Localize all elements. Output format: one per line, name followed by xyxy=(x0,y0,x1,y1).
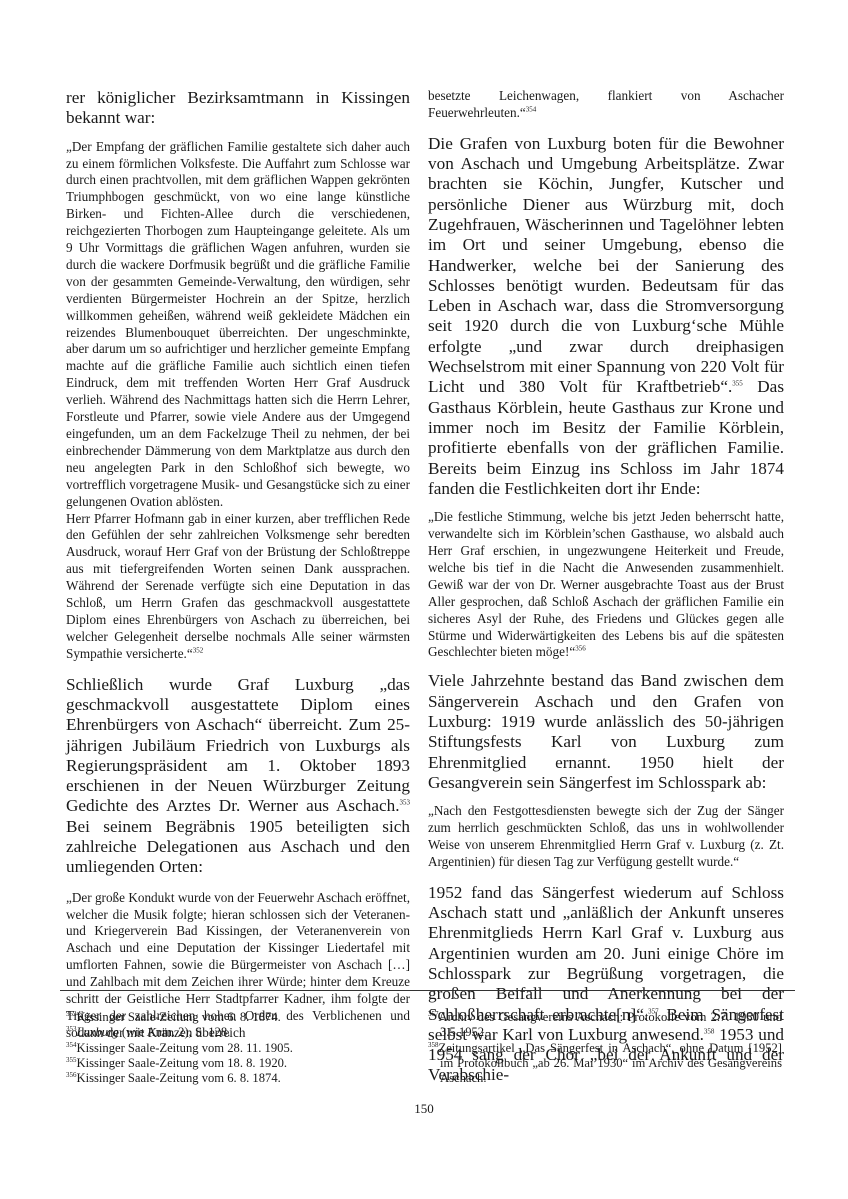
footnote-ref[interactable]: 353 xyxy=(400,799,411,807)
footnote-355: 355Kissinger Saale-Zeitung vom 18. 8. 19… xyxy=(66,1056,406,1071)
footnote-number: 357 xyxy=(428,1010,439,1018)
body-text: Die Grafen von Luxburg boten für die Bew… xyxy=(428,134,784,397)
body-text: Schließlich wurde Graf Luxburg „das gesc… xyxy=(66,675,410,816)
footnote-354: 354Kissinger Saale-Zeitung vom 28. 11. 1… xyxy=(66,1041,406,1056)
footnote-text: (wie Anm. 2), S. 128. xyxy=(119,1025,231,1039)
block-quote-festivities: „Die festliche Stimmung, welche bis jetz… xyxy=(428,509,784,661)
block-quote-saengerfest: „Nach den Festgottesdiensten bewegte sic… xyxy=(428,803,784,871)
intro-paragraph: rer königlicher Bezirksamtmann in Kissin… xyxy=(66,88,410,129)
quote-text: Herr Pfarrer Hofmann gab in einer kurzen… xyxy=(66,511,410,661)
footnote-divider xyxy=(60,990,795,991)
footnotes-right: 357Archiv des Gesangvereins Aschach: Pro… xyxy=(428,1010,782,1086)
footnote-357: 357Archiv des Gesangvereins Aschach: Pro… xyxy=(428,1010,782,1041)
footnote-number: 353 xyxy=(66,1025,77,1033)
page-number: 150 xyxy=(0,1101,848,1117)
footnote-number: 358 xyxy=(428,1040,439,1048)
footnote-number: 356 xyxy=(66,1071,77,1079)
body-text: 1952 fand das Sängerfest wiederum auf Sc… xyxy=(428,883,784,1024)
footnote-ref[interactable]: 354 xyxy=(526,106,537,114)
footnote-title: Luxburg xyxy=(77,1025,119,1039)
footnote-356: 356Kissinger Saale-Zeitung vom 6. 8. 187… xyxy=(66,1071,406,1086)
footnote-358: 358Zeitungsartikel „Das Sängerfest in As… xyxy=(428,1041,782,1087)
left-column: rer königlicher Bezirksamtmann in Kissin… xyxy=(66,88,410,1042)
footnote-text: Zeitungsartikel „Das Sängerfest in Ascha… xyxy=(439,1041,783,1086)
quote-paragraph: „Der Empfang der gräflichen Familie gest… xyxy=(66,139,410,511)
quote-text: „Die festliche Stimmung, welche bis jetz… xyxy=(428,509,784,659)
block-quote-reception: „Der Empfang der gräflichen Familie gest… xyxy=(66,139,410,663)
footnote-text: Archiv des Gesangvereins Aschach: Protok… xyxy=(439,1010,783,1039)
quote-text: besetzte Leichenwagen, flankiert von Asc… xyxy=(428,88,784,120)
footnote-number: 355 xyxy=(66,1056,77,1064)
footnote-text: Kissinger Saale-Zeitung vom 6. 8. 1874. xyxy=(77,1071,281,1085)
footnote-text: Kissinger Saale-Zeitung vom 6. 8. 1874. xyxy=(77,1010,281,1024)
footnote-number: 354 xyxy=(66,1040,77,1048)
body-paragraph: Viele Jahrzehnte bestand das Band zwisch… xyxy=(428,671,784,793)
quote-paragraph: Herr Pfarrer Hofmann gab in einer kurzen… xyxy=(66,511,410,663)
block-quote-funeral-continued: besetzte Leichenwagen, flankiert von Asc… xyxy=(428,88,784,122)
footnote-ref[interactable]: 355 xyxy=(732,380,743,388)
footnote-ref[interactable]: 352 xyxy=(193,646,204,654)
footnote-353: 353Luxburg (wie Anm. 2), S. 128. xyxy=(66,1025,406,1040)
footnote-text: Kissinger Saale-Zeitung vom 18. 8. 1920. xyxy=(77,1056,288,1070)
footnote-number: 352 xyxy=(66,1010,77,1018)
body-text: Bei seinem Begräbnis 1905 beteiligten si… xyxy=(66,817,410,877)
footnote-ref[interactable]: 356 xyxy=(575,645,586,653)
footnote-text: Kissinger Saale-Zeitung vom 28. 11. 1905… xyxy=(77,1041,293,1055)
body-paragraph: Schließlich wurde Graf Luxburg „das gesc… xyxy=(66,675,410,878)
footnote-352: 352Kissinger Saale-Zeitung vom 6. 8. 187… xyxy=(66,1010,406,1025)
body-paragraph: Die Grafen von Luxburg boten für die Bew… xyxy=(428,134,784,499)
footnotes-left: 352Kissinger Saale-Zeitung vom 6. 8. 187… xyxy=(66,1010,406,1086)
right-column: besetzte Leichenwagen, flankiert von Asc… xyxy=(428,88,784,1086)
